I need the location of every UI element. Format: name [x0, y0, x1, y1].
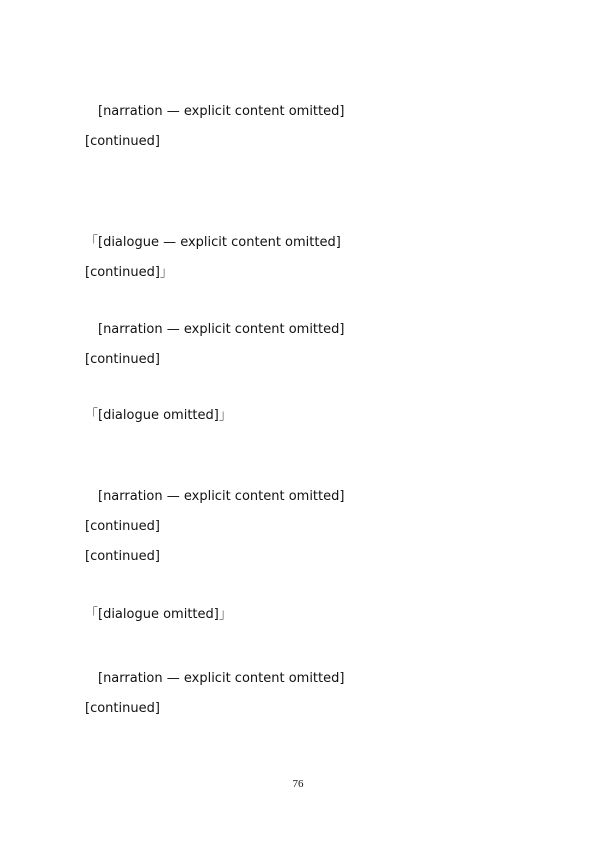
text-line: [continued] — [85, 345, 525, 375]
dialogue-paragraph: 「[dialogue — explicit content omitted][c… — [85, 228, 525, 288]
text-line: [continued] — [85, 694, 525, 724]
narration-paragraph: [narration — explicit content omitted][c… — [85, 482, 525, 572]
text-line: 「[dialogue omitted]」 — [85, 600, 525, 630]
text-line: [continued] — [85, 127, 525, 157]
text-line: [narration — explicit content omitted] — [85, 664, 525, 694]
text-line: [narration — explicit content omitted] — [85, 97, 525, 127]
narration-paragraph: [narration — explicit content omitted][c… — [85, 664, 525, 724]
text-line: [narration — explicit content omitted] — [85, 482, 525, 512]
dialogue-paragraph: 「[dialogue omitted]」 — [85, 600, 525, 630]
document-page: [narration — explicit content omitted][c… — [0, 0, 596, 842]
text-line: [continued] — [85, 512, 525, 542]
page-number: 76 — [0, 778, 596, 790]
text-line: [continued]」 — [85, 258, 525, 288]
text-line: [continued] — [85, 542, 525, 572]
text-line: 「[dialogue omitted]」 — [85, 401, 525, 431]
text-line: 「[dialogue — explicit content omitted] — [85, 228, 525, 258]
narration-paragraph: [narration — explicit content omitted][c… — [85, 97, 525, 157]
narration-paragraph: [narration — explicit content omitted][c… — [85, 315, 525, 375]
dialogue-paragraph: 「[dialogue omitted]」 — [85, 401, 525, 431]
text-line: [narration — explicit content omitted] — [85, 315, 525, 345]
